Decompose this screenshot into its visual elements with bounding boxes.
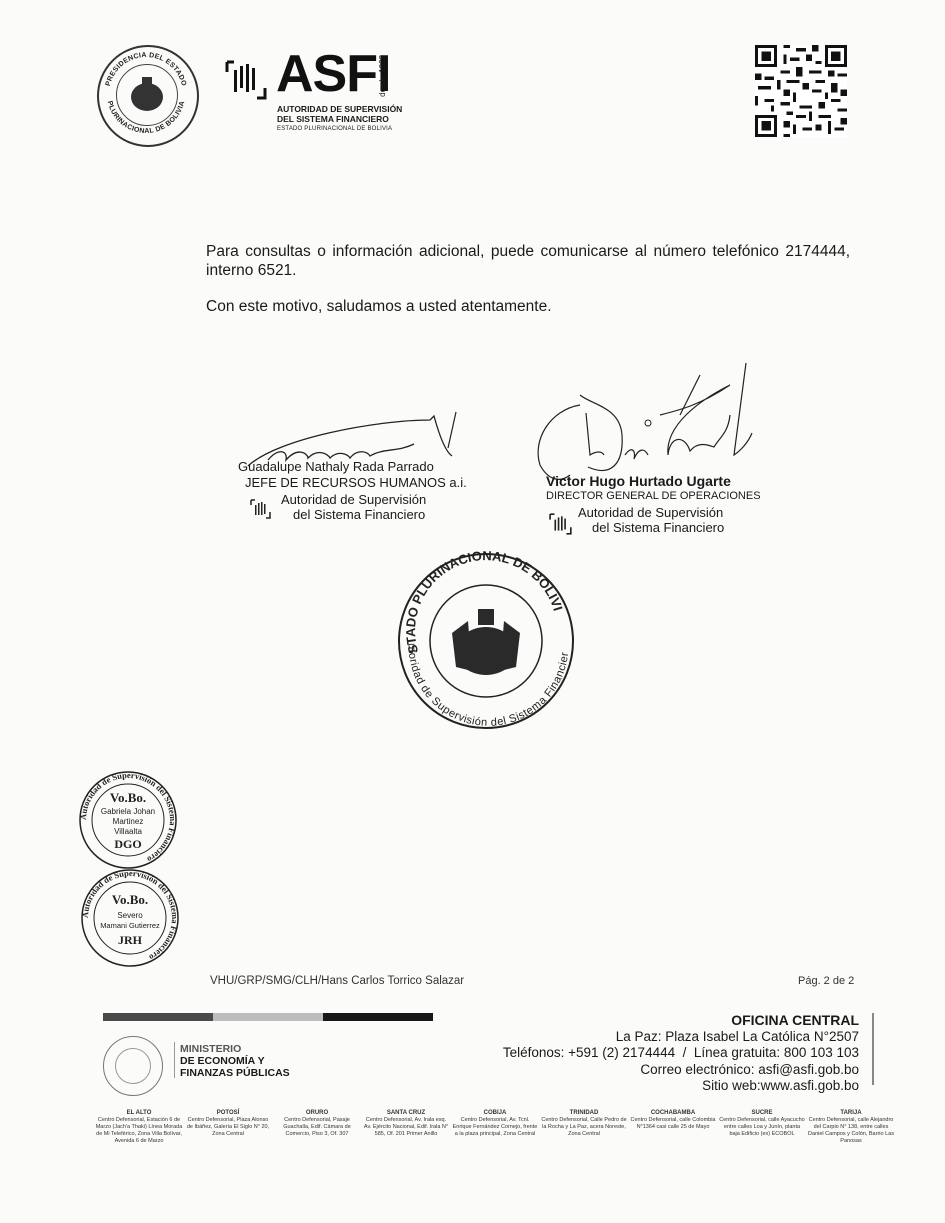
signatory-1-org-line2: del Sistema Financiero <box>293 507 425 522</box>
branch-trinidad: TRINIDADCentro Defensorial, Calle Pedro … <box>540 1110 628 1145</box>
signatory-2-name: Victor Hugo Hurtado Ugarte <box>546 473 731 489</box>
footer-divider <box>872 1013 874 1085</box>
closing-paragraph: Con este motivo, saludamos a usted atent… <box>206 297 850 316</box>
svg-text:Vo.Bo.: Vo.Bo. <box>112 892 148 907</box>
branch-el-alto: EL ALTOCentro Defensorial, Estación 6 de… <box>95 1110 183 1145</box>
svg-text:DGO: DGO <box>114 837 141 851</box>
regional-offices: EL ALTOCentro Defensorial, Estación 6 de… <box>95 1110 895 1145</box>
svg-text:Mamani Gutierrez: Mamani Gutierrez <box>100 921 160 930</box>
signatory-1-title: JEFE DE RECURSOS HUMANOS a.i. <box>245 475 467 490</box>
svg-text:Martinez: Martinez <box>113 817 144 826</box>
reference-initials: VHU/GRP/SMG/CLH/Hans Carlos Torrico Sala… <box>210 975 464 987</box>
office-phones: Teléfonos: +591 (2) 2174444 / Línea grat… <box>503 1045 859 1062</box>
footer-bar-segment <box>103 1013 213 1021</box>
branch-sucre: SUCRECentro Defensorial, calle Ayacucho … <box>718 1110 806 1145</box>
branch-santa-cruz: SANTA CRUZCentro Defensorial, Av. Irala … <box>362 1110 450 1145</box>
footer-bar-segment <box>323 1013 433 1021</box>
asfi-logo-icon <box>225 60 267 100</box>
asfi-logo-wordmark: ASFI <box>276 48 390 100</box>
branch-cochabamba: COCHABAMBACentro Defensorial, calle Colo… <box>629 1110 717 1145</box>
branch-tarija: TARIJACentro Defensorial, calle Alejandr… <box>807 1110 895 1145</box>
branch-oruro: ORUROCentro Defensorial, Pasaje Guachall… <box>273 1110 361 1145</box>
branch-potosi: POTOSÍCentro Defensorial, Plaza Alonso d… <box>184 1110 272 1145</box>
svg-text:PRESIDENCIA DEL ESTADO: PRESIDENCIA DEL ESTADO <box>105 52 187 87</box>
signatory-1-org-line1: Autoridad de Supervisión <box>281 492 426 507</box>
signature-2-handwriting <box>530 355 770 485</box>
asfi-logo-country: ESTADO PLURINACIONAL DE BOLIVIA <box>277 125 392 133</box>
asfi-logo-subtitle: AUTORIDAD DE SUPERVISIÓN DEL SISTEMA FIN… <box>277 104 402 124</box>
ministry-line3: FINANZAS PÚBLICAS <box>180 1067 290 1079</box>
office-email[interactable]: Correo electrónico: asfi@asfi.gob.bo <box>503 1062 859 1079</box>
asfi-subtitle-line1: AUTORIDAD DE SUPERVISIÓN <box>277 104 402 114</box>
approval-stamp-jrh: Autoridad de Supervisión del Sistema Fin… <box>80 868 180 968</box>
ministry-line2: DE ECONOMÍA Y <box>180 1055 290 1067</box>
office-address: La Paz: Plaza Isabel La Católica N°2507 <box>503 1029 859 1046</box>
office-website[interactable]: Sitio web:www.asfi.gob.bo <box>503 1078 859 1095</box>
official-stamp: ESTADO PLURINACIONAL DE BOLIVIA Autorida… <box>396 551 576 731</box>
qr-code-icon[interactable] <box>755 45 847 137</box>
svg-text:PLURINACIONAL DE BOLIVIA: PLURINACIONAL DE BOLIVIA <box>106 100 187 135</box>
ministry-name: MINISTERIO DE ECONOMÍA Y FINANZAS PÚBLIC… <box>180 1043 290 1079</box>
signatory-1-name: Guadalupe Nathaly Rada Parrado <box>238 459 434 474</box>
svg-text:Severo: Severo <box>117 911 143 920</box>
svg-text:Villaalta: Villaalta <box>114 827 142 836</box>
office-title: OFICINA CENTRAL <box>503 1012 859 1029</box>
approval-stamp-dgo: Autoridad de Supervisión del Sistema Fin… <box>78 770 178 870</box>
page-number: Pág. 2 de 2 <box>798 975 854 987</box>
presidency-seal-ring-text: PRESIDENCIA DEL ESTADO PLURINACIONAL DE … <box>95 43 197 145</box>
branch-cobija: COBIJACentro Defensorial, Av. Tcnl. Enri… <box>451 1110 539 1145</box>
svg-text:Gabriela Johan: Gabriela Johan <box>101 807 155 816</box>
ministry-line1: MINISTERIO <box>180 1043 290 1055</box>
ministry-divider <box>174 1042 175 1078</box>
signatory-2-org-line1: Autoridad de Supervisión <box>578 505 723 520</box>
signatory-2-org-line2: del Sistema Financiero <box>592 520 724 535</box>
contact-paragraph: Para consultas o información adicional, … <box>206 242 850 280</box>
coat-of-arms-icon <box>452 609 520 675</box>
asfi-since-label: desde 1928 <box>378 55 387 97</box>
svg-text:JRH: JRH <box>118 933 143 947</box>
ministry-coat-of-arms-icon <box>115 1048 151 1084</box>
asfi-subtitle-line2: DEL SISTEMA FINANCIERO <box>277 114 402 124</box>
asfi-mark-icon <box>549 513 573 535</box>
central-office-info: OFICINA CENTRAL La Paz: Plaza Isabel La … <box>503 1012 859 1095</box>
asfi-mark-icon <box>250 499 272 519</box>
svg-text:Vo.Bo.: Vo.Bo. <box>110 790 146 805</box>
signatory-2-title: DIRECTOR GENERAL DE OPERACIONES <box>546 490 761 502</box>
footer-bar-segment <box>213 1013 323 1021</box>
